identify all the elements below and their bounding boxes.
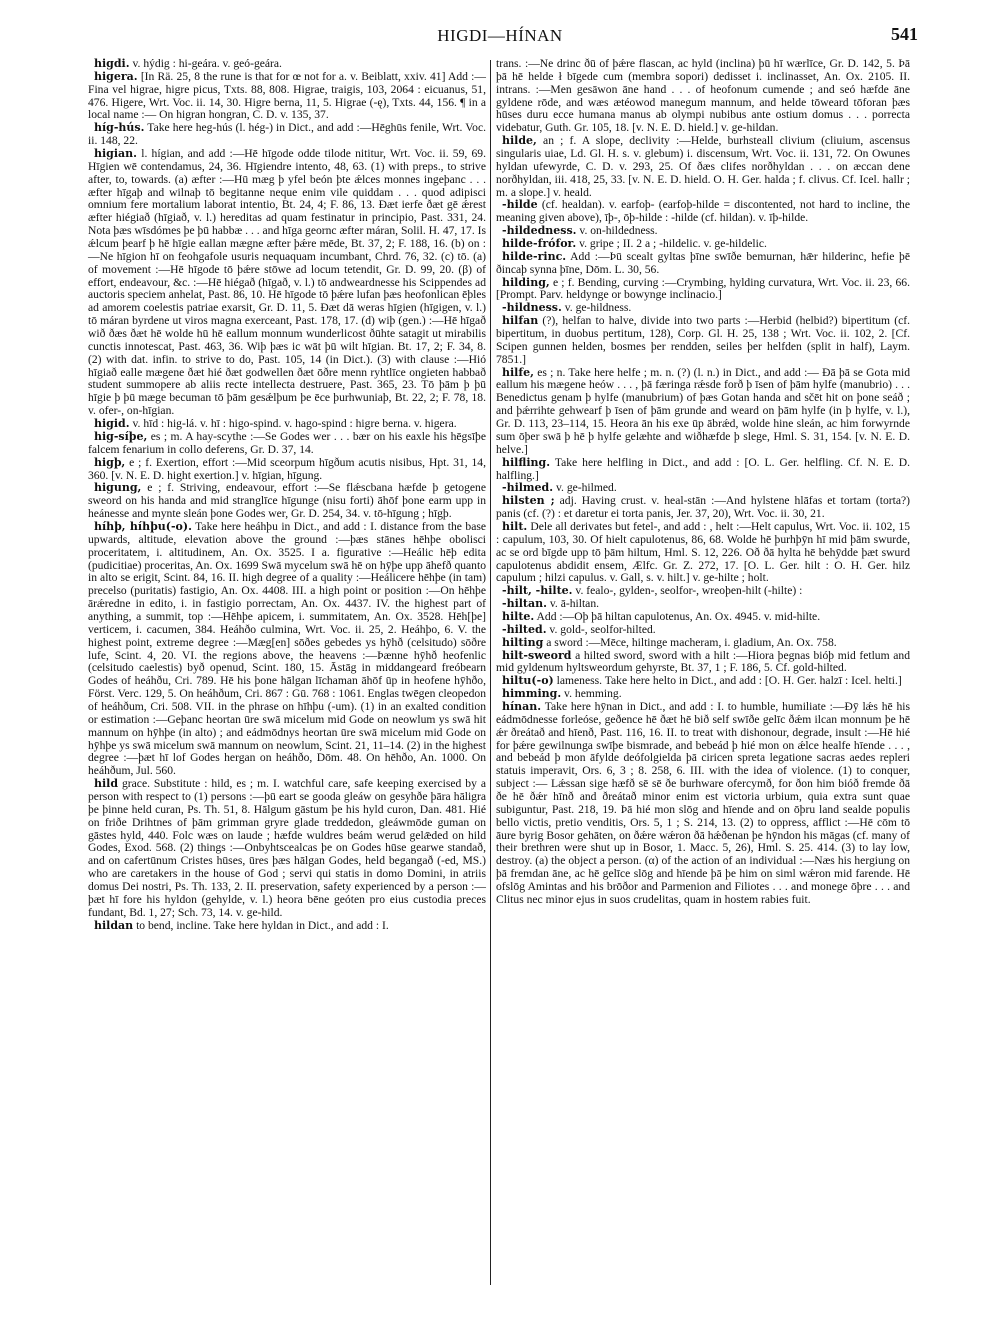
entry-headword: -hildedness. [502,224,577,237]
entry-headword: hilde, [502,134,537,147]
entry-definition: trans. :—Ne drinc ðū of þǽre flascan, ac… [496,57,910,134]
entry-definition: a sword :—Mēce, hiltinge macheram, i. gl… [543,636,836,649]
entry-headword: higdi. [94,57,130,70]
entry-definition: es ; n. Take here helfe ; m. n. (?) (l. … [496,366,910,456]
dictionary-entry: hilde-rinc. Add :—Þū scealt gyltas þīne … [496,251,910,277]
dictionary-entry: higian. l. hígian, and add :—Hē hīgode o… [88,148,486,418]
page-number: 541 [891,24,918,45]
entry-headword: -hilde [502,198,538,211]
running-header: HIGDI—HÍNAN 541 [0,24,1000,48]
entry-definition: Take here helfling in Dict., and add : [… [496,456,910,482]
entry-headword: hilfan [502,314,538,327]
dictionary-entry: -hilde (cf. healdan). v. earfoþ- (earfoþ… [496,199,910,225]
entry-definition: adj. Having crust. v. heal-stān :—And hy… [496,494,910,520]
entry-definition: Take here heg-hús (l. hég-) in Dict., an… [88,121,486,147]
entry-headword: hilde-frófor. [502,237,576,250]
entry-headword: hilsten ; [502,494,555,507]
entry-definition: Dele all derivates but fetel-, and add :… [496,520,910,584]
dictionary-entry: hilfan (?), helfan to halve, divide into… [496,315,910,366]
dictionary-entry: hilt-sweord a hilted sword, sword with a… [496,650,910,676]
entry-definition: Add :—Oþ þā hiltan capulotenus, An. Ox. … [534,610,820,623]
entry-headword: hilding, [502,276,550,289]
dictionary-entry: hilfe, es ; n. Take here helfe ; m. n. (… [496,367,910,457]
dictionary-entry: hildan to bend, incline. Take here hylda… [88,920,486,933]
entry-headword: higian. [94,147,137,160]
entry-headword: hiltu(-o) [502,674,554,687]
entry-headword: hildan [94,919,133,932]
entry-definition: v. fealo-, gylden-, seolfor-, wreoþen-hi… [573,584,803,597]
entry-definition: an ; f. A slope, declivity :—Helde, burh… [496,134,910,198]
dictionary-entry: hilfling. Take here helfling in Dict., a… [496,457,910,483]
entry-headword: -hildness. [502,301,562,314]
entry-headword: higid. [94,417,130,430]
dictionary-entry: hig-síþe, es ; m. A hay-scythe :—Se Gode… [88,431,486,457]
entry-definition: v. hemming. [561,687,621,700]
right-column: trans. :—Ne drinc ðū of þǽre flascan, ac… [496,58,910,907]
entry-definition: e ; f. Bending, curving :—Crymbing, hyld… [496,276,910,302]
entry-definition: (cf. healdan). v. earfoþ- (earfoþ-hilde … [496,198,910,224]
entry-headword: -hiltan. [502,597,547,610]
entry-definition: l. hígian, and add :—Hē hīgode odde tilo… [88,147,486,417]
entry-definition: grace. Substitute : hild, es ; m. I. wat… [88,777,486,919]
entry-headword: himming. [502,687,561,700]
entry-definition: v. ge-hildness. [562,301,631,314]
column-divider [490,60,491,1285]
entry-definition: [In Rä. 25, 8 the rune is that for œ not… [88,70,486,122]
entry-headword: hilt. [502,520,527,533]
dictionary-entry: hild grace. Substitute : hild, es ; m. I… [88,778,486,919]
dictionary-entry: higþ, e ; f. Exertion, effort :—Mid sceo… [88,457,486,483]
entry-definition: v. hīd : hig-lá. v. hī : higo-spind. v. … [130,417,457,430]
entry-headword: hínan. [502,700,541,713]
entry-definition: e ; f. Striving, endeavour, effort :—Se … [88,481,486,520]
dictionary-entry: híhþ, híhþu(-o). Take here heáhþu in Dic… [88,521,486,778]
entry-headword: -hilt, -hilte. [502,584,573,597]
entry-definition: v. gold-, seolfor-hilted. [547,623,656,636]
entry-headword: híhþ, híhþu(-o). [94,520,192,533]
entry-definition: v. ā-hiltan. [547,597,599,610]
entry-headword: híg-hús. [94,121,144,134]
entry-headword: higþ, [94,456,125,469]
entry-headword: hilde-rinc. [502,250,566,263]
entry-headword: hilfe, [502,366,534,379]
entry-headword: higung, [94,481,141,494]
entry-headword: hilfling. [502,456,550,469]
entry-headword: -hilted. [502,623,547,636]
dictionary-entry: híg-hús. Take here heg-hús (l. hég-) in … [88,122,486,148]
entry-definition: lameness. Take here helto in Dict., and … [554,674,902,687]
entry-definition: to bend, incline. Take here hyldan in Di… [133,919,389,932]
entry-headword: -hilmed. [502,481,553,494]
entry-headword: hilte. [502,610,534,623]
entry-headword: hild [94,777,118,790]
dictionary-entry: hilsten ; adj. Having crust. v. heal-stā… [496,495,910,521]
entry-definition: es ; m. A hay-scythe :—Se Godes wer . . … [88,430,486,456]
entry-definition: v. hýdig : hi-geára. v. geó-geára. [130,57,282,70]
entry-definition: Take here heáhþu in Dict., and add : I. … [88,520,486,777]
entry-headword: hilt-sweord [502,649,572,662]
dictionary-entry: higung, e ; f. Striving, endeavour, effo… [88,482,486,521]
dictionary-entry: hilding, e ; f. Bending, curving :—Crymb… [496,277,910,303]
entry-headword: hilting [502,636,543,649]
entry-definition: v. gripe ; II. 2 a ; -hildelic. v. ge-hi… [576,237,767,250]
entry-headword: higera. [94,70,138,83]
dictionary-entry: hínan. Take here hȳnan in Dict., and add… [496,701,910,907]
left-column: higdi. v. hýdig : hi-geára. v. geó-geára… [88,58,486,932]
dictionary-entry: hilt. Dele all derivates but fetel-, and… [496,521,910,585]
entry-headword: hig-síþe, [94,430,147,443]
dictionary-entry: trans. :—Ne drinc ðū of þǽre flascan, ac… [496,58,910,135]
dictionary-entry: higera. [In Rä. 25, 8 the rune is that f… [88,71,486,122]
dictionary-entry: hilde, an ; f. A slope, declivity :—Held… [496,135,910,199]
entry-definition: v. on-hildedness. [577,224,658,237]
entry-definition: v. ge-hilmed. [553,481,617,494]
entry-definition: Take here hȳnan in Dict., and add : I. t… [496,700,910,906]
running-title: HIGDI—HÍNAN [0,26,1000,46]
entry-definition: (?), helfan to halve, divide into two pa… [496,314,910,366]
entry-definition: e ; f. Exertion, effort :—Mid sceorpum h… [88,456,486,482]
